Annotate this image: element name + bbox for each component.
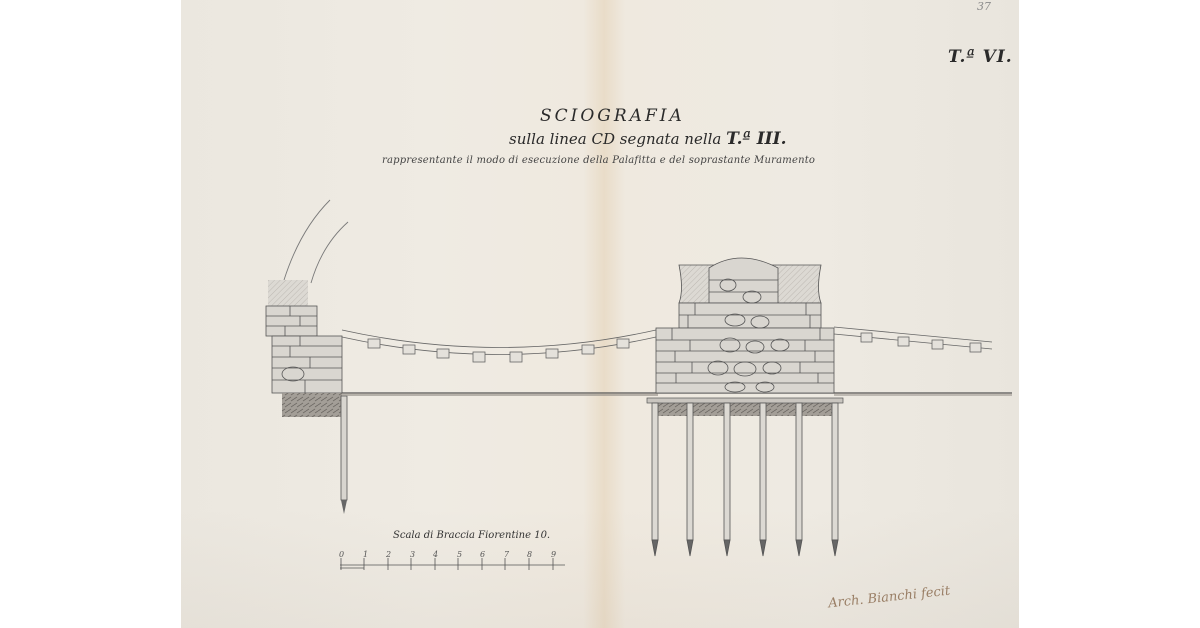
left-pile (341, 396, 347, 514)
left-vault (342, 330, 656, 362)
central-piles (652, 403, 838, 556)
pile-cap-beam (647, 398, 843, 403)
scale-tick: 5 (457, 550, 462, 559)
central-pier (656, 258, 834, 393)
scale-bar (340, 558, 565, 570)
right-vault (834, 327, 992, 352)
left-foundation-soil (282, 393, 342, 417)
ground-strip-left (342, 393, 658, 396)
pile-5 (796, 403, 802, 556)
pile-4 (760, 403, 766, 556)
left-arch (284, 200, 348, 283)
ground-strip-right (834, 393, 1012, 396)
pile-1 (652, 403, 658, 556)
left-pier (266, 280, 342, 393)
pile-2 (687, 403, 693, 556)
scale-tick: 8 (527, 550, 532, 559)
scale-tick: 7 (504, 550, 509, 559)
scale-tick: 0 (339, 550, 344, 559)
scale-tick: 4 (433, 550, 438, 559)
scale-tick: 9 (551, 550, 556, 559)
scale-tick: 6 (480, 550, 485, 559)
section-drawing (0, 0, 1200, 628)
scale-tick: 2 (386, 550, 391, 559)
pile-3 (724, 403, 730, 556)
scale-tick: 3 (410, 550, 415, 559)
scale-tick: 1 (363, 550, 368, 559)
pile-6 (832, 403, 838, 556)
